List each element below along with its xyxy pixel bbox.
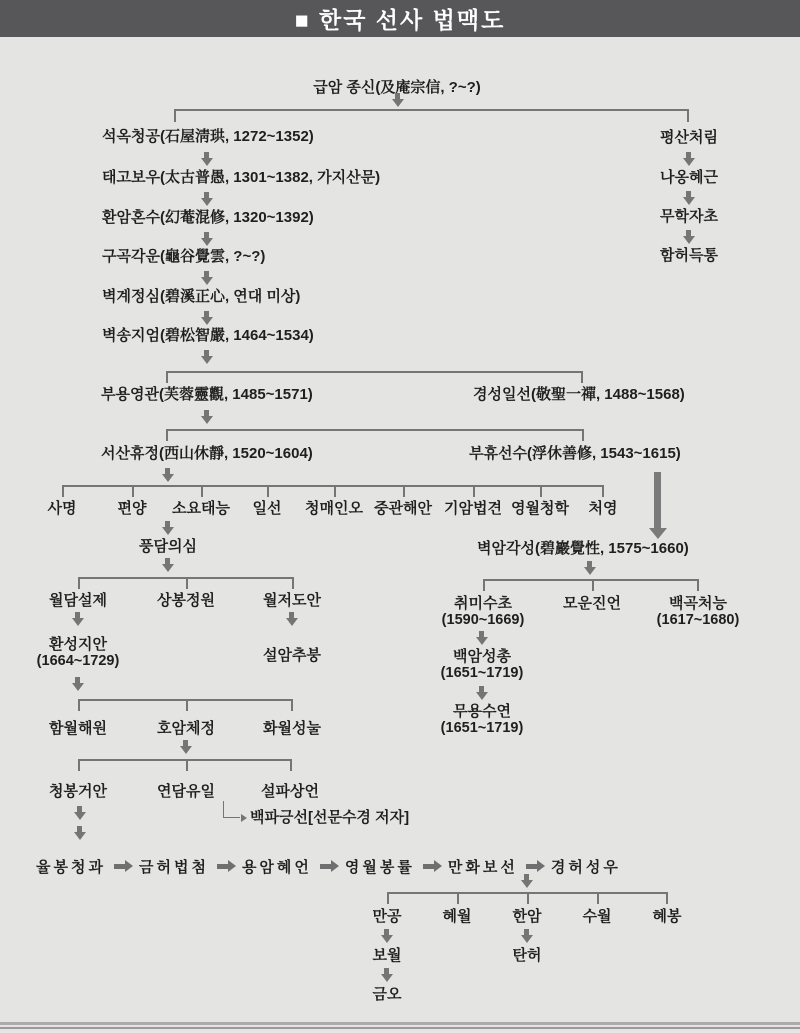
node-byeokam-gakseong: 벽암각성(碧巖覺性, 1575~1660): [477, 539, 689, 558]
node-junggwan-haean: 중관해안: [363, 499, 443, 518]
connector-line: [186, 759, 188, 771]
arrow-down-icon: [289, 612, 294, 618]
node-hyebong: 혜봉: [627, 907, 707, 926]
connector-line: [457, 892, 459, 904]
connector-line: [602, 485, 604, 497]
connector-line: [78, 759, 80, 771]
node-cheoyeong: 처영: [563, 499, 643, 518]
node-gyeongheo-seongu: 경허성우: [551, 856, 621, 877]
arrow-down-icon: [686, 191, 691, 197]
arrow-down-icon: [77, 806, 82, 812]
node-hwanseong-jian: 환성지안 (1664~1729): [28, 636, 128, 670]
arrow-down-icon: [204, 271, 209, 277]
connector-line: [78, 759, 291, 761]
arrow-down-icon: [204, 410, 209, 416]
lineage-diagram: ■ 한국 선사 법맥도 급암 종신(及庵宗信, ?~?) 석옥청공(石屋淸珙, …: [0, 0, 800, 1033]
arrow-down-icon: [204, 192, 209, 198]
connector-line: [473, 485, 475, 497]
node-buyong-yeonggwan: 부용영관(芙蓉靈觀, 1485~1571): [101, 385, 313, 404]
arrow-down-icon: [384, 968, 389, 974]
connector-line: [62, 485, 603, 487]
node-gugok-gagun: 구곡각운(龜谷覺雲, ?~?): [102, 247, 265, 266]
arrow-down-icon: [75, 612, 80, 618]
node-moun-jineon: 모운진언: [542, 595, 642, 612]
node-bowol: 보월: [347, 946, 427, 965]
node-yeongwol-bongryul: 영월봉률: [345, 856, 415, 877]
node-hyewol: 혜월: [417, 907, 497, 926]
connector-line: [78, 577, 80, 589]
arrow-right-icon: [217, 864, 228, 869]
arrow-down-icon: [479, 631, 484, 637]
node-mangong: 만공: [347, 907, 427, 926]
node-baekpa-geungseon: 백파긍선[선문수경 저자]: [250, 808, 409, 827]
connector-line: [334, 485, 336, 497]
node-baekgok-cheoneung: 백곡처능 (1617~1680): [648, 595, 748, 629]
node-hwanam-honsu: 환암혼수(幻菴混修, 1320~1392): [102, 208, 314, 227]
connector-line: [174, 109, 176, 122]
arrow-down-icon: [524, 929, 529, 935]
connector-line: [582, 429, 584, 441]
node-tanheo: 탄허: [487, 946, 567, 965]
node-muhak-jacho: 무학자초: [649, 207, 729, 226]
node-suwol: 수월: [557, 907, 637, 926]
node-taego-bou: 태고보우(太古普愚, 1301~1382, 가지산문): [102, 168, 380, 187]
node-baekam-seongchong: 백암성총 (1651~1719): [432, 648, 532, 682]
node-samyeong: 사명: [22, 499, 102, 518]
connector-line: [186, 577, 188, 589]
arrow-down-icon: [75, 677, 80, 683]
node-chwimi-sucho: 취미수초 (1590~1669): [433, 595, 533, 629]
connector-line: [540, 485, 542, 497]
connector-line: [166, 371, 582, 373]
node-seolam-chubung: 설암추붕: [252, 646, 332, 665]
connector-line: [666, 892, 668, 904]
connector-line: [166, 429, 583, 431]
bottom-rule: [0, 1022, 800, 1025]
arrow-down-icon: [479, 686, 484, 692]
arrow-right-icon: [320, 864, 331, 869]
arrow-down-icon: [204, 152, 209, 158]
node-pyeongsan-cheorim: 평산처림: [649, 128, 729, 147]
node-byeoksong-jieom: 벽송지엄(碧松智嚴, 1464~1534): [102, 326, 314, 345]
node-woldam-seolje: 월담설제: [38, 591, 118, 610]
arrow-right-icon: [526, 864, 537, 869]
arrow-down-icon: [204, 350, 209, 356]
connector-line: [132, 485, 134, 497]
node-woljeo-doan: 월저도안: [252, 591, 332, 610]
node-yeondam-yuil: 연담유일: [146, 782, 226, 801]
node-manhwa-boseon: 만화보선: [448, 856, 518, 877]
arrow-down-icon: [77, 826, 82, 832]
node-yongam-hyeeon: 용암혜언: [242, 856, 312, 877]
node-cheongbong-geoan: 청봉거안: [38, 782, 118, 801]
node-yulbong-cheonggwa: 율봉청과: [36, 856, 106, 877]
node-geumheo-beopcheom: 금허법첨: [139, 856, 209, 877]
node-seokok-cheonggong: 석옥청공(石屋淸珙, 1272~1352): [102, 127, 314, 146]
node-hamwol-haewon: 함월해원: [38, 719, 118, 738]
connector-line: [291, 699, 293, 711]
connector-line: [166, 371, 168, 383]
connector-line: [581, 371, 583, 383]
arrow-down-thick-icon: [654, 472, 661, 528]
arrow-down-icon: [524, 874, 529, 880]
node-naong-hyegeun: 나옹혜근: [649, 168, 729, 187]
connector-line: [78, 699, 292, 701]
arrow-right-icon: [114, 864, 125, 869]
connector-line: [267, 485, 269, 497]
node-geumo: 금오: [347, 985, 427, 1004]
node-sangbong-jeongwon: 상봉정원: [146, 591, 226, 610]
connector-line: [687, 109, 689, 122]
arrow-down-icon: [204, 311, 209, 317]
arrow-down-icon: [395, 93, 400, 99]
node-buhyu-seonsu: 부휴선수(浮休善修, 1543~1615): [469, 444, 681, 463]
node-seolpa-sangeon: 설파상언: [250, 782, 330, 801]
node-muyong-suyeon: 무용수연 (1651~1719): [432, 703, 532, 737]
modern-lineage-chain: 율봉청과 금허법첨 용암혜언 영월봉률 만화보선 경허성우: [36, 856, 621, 876]
arrow-down-icon: [183, 740, 188, 746]
node-pyeonyang: 편양: [92, 499, 172, 518]
connector-line: [292, 577, 294, 589]
connector-line: [174, 109, 689, 111]
connector-line: [483, 579, 698, 581]
node-hwawol-seongnul: 화월성눌: [252, 719, 332, 738]
arrow-down-icon: [686, 152, 691, 158]
node-seosan-hyujeong: 서산휴정(西山休靜, 1520~1604): [101, 444, 313, 463]
node-byeokgye-jeongsim: 벽계정심(碧溪正心, 연대 미상): [102, 287, 300, 306]
connector-line: [290, 759, 292, 771]
arrow-down-icon: [165, 521, 170, 527]
connector-line: [592, 579, 594, 591]
arrow-down-icon: [165, 468, 170, 474]
connector-line: [201, 485, 203, 497]
arrow-down-icon: [384, 929, 389, 935]
node-hoam-chejeong: 호암체정: [146, 719, 226, 738]
arrow-down-icon: [686, 230, 691, 236]
title-bar: ■ 한국 선사 법맥도: [0, 0, 800, 37]
bottom-rule: [0, 1027, 800, 1029]
node-gyeongseong-ilseon: 경성일선(敬聖一禪, 1488~1568): [473, 385, 685, 404]
connector-line: [186, 699, 188, 711]
connector-line: [697, 579, 699, 591]
node-cheongmae-ino: 청매인오: [294, 499, 374, 518]
node-pungdam-uisim: 풍담의심: [128, 537, 208, 556]
connector-line: [78, 699, 80, 711]
connector-line: [62, 485, 64, 497]
elbow-arrow-icon: [223, 801, 240, 818]
connector-line: [483, 579, 485, 591]
arrow-down-icon: [587, 561, 592, 567]
node-hanam: 한암: [487, 907, 567, 926]
arrow-right-icon: [423, 864, 434, 869]
connector-line: [527, 892, 529, 904]
page-title: ■ 한국 선사 법맥도: [295, 2, 506, 35]
node-hamheo-deuktong: 함허득통: [649, 246, 729, 265]
arrow-down-icon: [204, 232, 209, 238]
connector-line: [387, 892, 389, 904]
connector-line: [166, 429, 168, 441]
arrow-down-icon: [165, 558, 170, 564]
connector-line: [403, 485, 405, 497]
connector-line: [597, 892, 599, 904]
